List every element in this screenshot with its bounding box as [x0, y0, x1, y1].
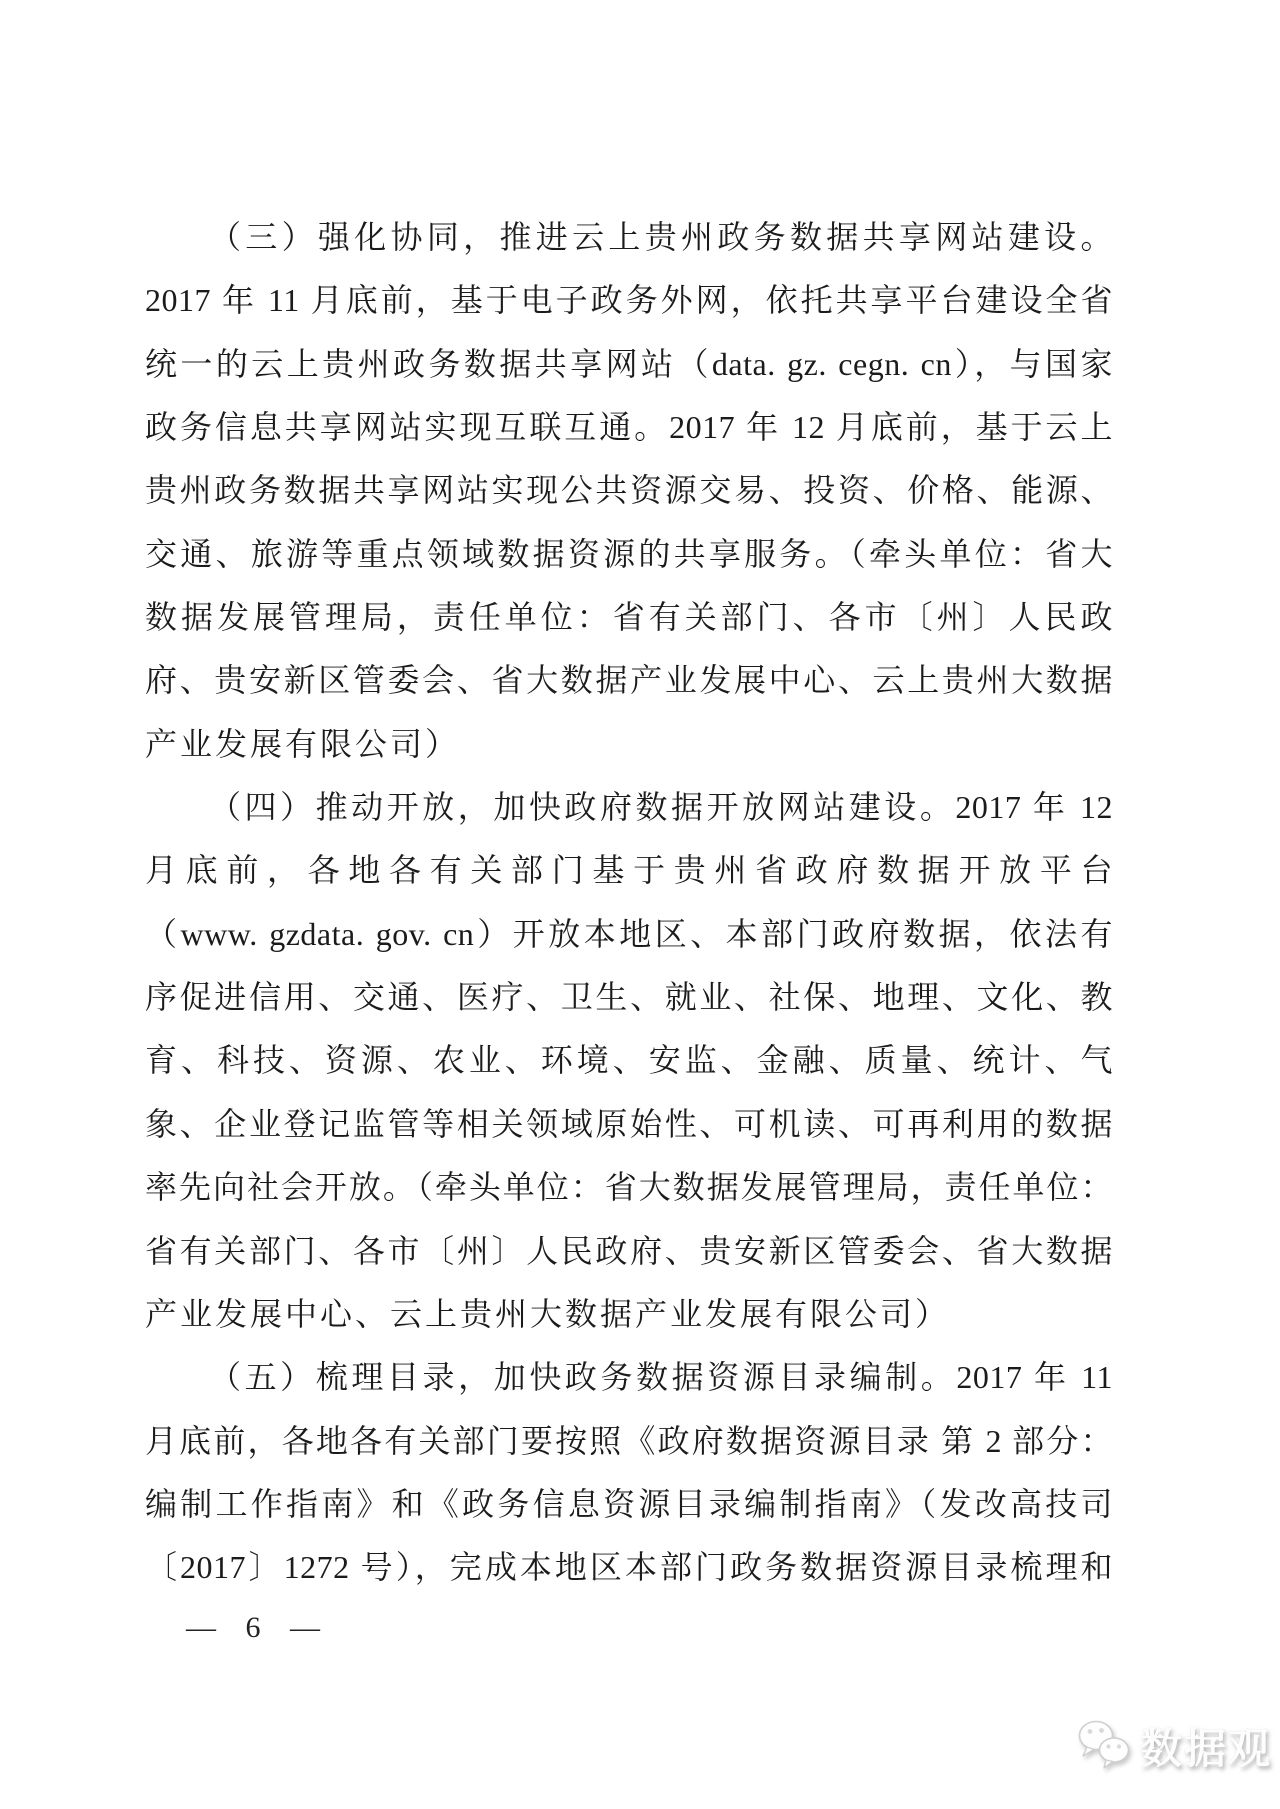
page-number: — 6 — — [186, 1596, 324, 1659]
body-line: （www. gzdata. gov. cn）开放本地区、本部门政府数据，依法有 — [145, 903, 1113, 966]
body-line: 产业发展有限公司） — [145, 713, 1113, 776]
body-line: 月底前，各地各有关部门基于贵州省政府数据开放平台 — [145, 839, 1113, 902]
body-line: 交通、旅游等重点领域数据资源的共享服务。（牵头单位：省大 — [145, 523, 1113, 586]
document-body: （三）强化协同，推进云上贵州政务数据共享网站建设。 2017 年 11 月底前，… — [145, 206, 1113, 1600]
body-line: 统一的云上贵州政务数据共享网站（data. gz. cegn. cn），与国家 — [145, 333, 1113, 396]
body-line: （四）推动开放，加快政府数据开放网站建设。2017 年 12 — [145, 776, 1113, 839]
watermark-brand: 数据观 — [1140, 1716, 1272, 1776]
body-line: 府、贵安新区管委会、省大数据产业发展中心、云上贵州大数据 — [145, 649, 1113, 712]
body-line: 象、企业登记监管等相关领域原始性、可机读、可再利用的数据 — [145, 1093, 1113, 1156]
watermark: 数据观 — [1075, 1716, 1272, 1776]
body-line: 2017 年 11 月底前，基于电子政务外网，依托共享平台建设全省 — [145, 269, 1113, 332]
wechat-icon — [1075, 1718, 1133, 1774]
body-line: 数据发展管理局，责任单位：省有关部门、各市〔州〕人民政 — [145, 586, 1113, 649]
body-line: 月底前，各地各有关部门要按照《政府数据资源目录 第 2 部分： — [145, 1410, 1113, 1473]
body-line: （五）梳理目录，加快政务数据资源目录编制。2017 年 11 — [145, 1346, 1113, 1409]
body-line: 省有关部门、各市〔州〕人民政府、贵安新区管委会、省大数据 — [145, 1220, 1113, 1283]
body-line: 率先向社会开放。（牵头单位：省大数据发展管理局，责任单位： — [145, 1156, 1113, 1219]
body-line: 育、科技、资源、农业、环境、安监、金融、质量、统计、气 — [145, 1029, 1113, 1092]
body-line: 贵州政务数据共享网站实现公共资源交易、投资、价格、能源、 — [145, 459, 1113, 522]
document-page: （三）强化协同，推进云上贵州政务数据共享网站建设。 2017 年 11 月底前，… — [0, 0, 1280, 1809]
body-line: 编制工作指南》和《政务信息资源目录编制指南》（发改高技司 — [145, 1473, 1113, 1536]
body-line: 产业发展中心、云上贵州大数据产业发展有限公司） — [145, 1283, 1113, 1346]
body-line: （三）强化协同，推进云上贵州政务数据共享网站建设。 — [145, 206, 1113, 269]
body-line: 序促进信用、交通、医疗、卫生、就业、社保、地理、文化、教 — [145, 966, 1113, 1029]
body-line: 〔2017〕1272 号），完成本地区本部门政务数据资源目录梳理和 — [145, 1536, 1113, 1599]
body-line: 政务信息共享网站实现互联互通。2017 年 12 月底前，基于云上 — [145, 396, 1113, 459]
